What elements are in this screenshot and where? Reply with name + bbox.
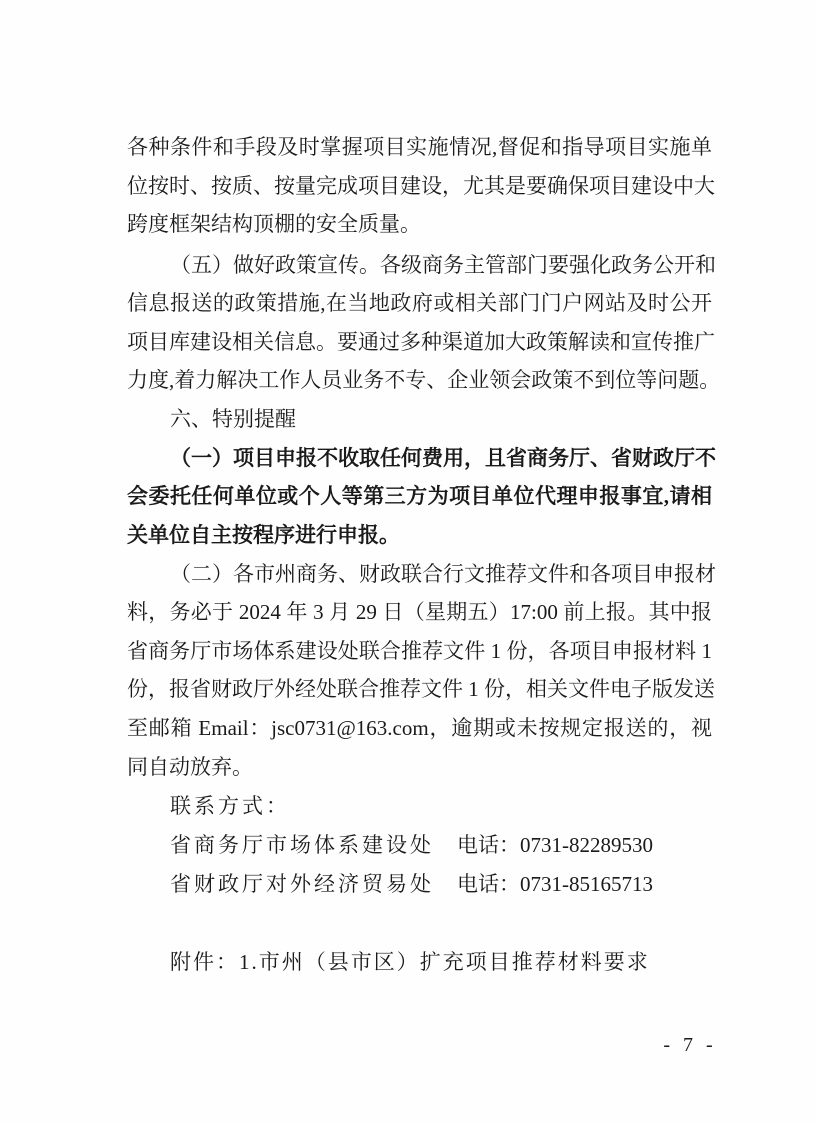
annex-line: 附件：1.市州（县市区）扩充项目推荐材料要求 [170,946,650,978]
paragraph-line: 跨度框架结构顶棚的安全质量。 [127,208,712,240]
contact-phone: 电话：0731-82289530 [457,829,653,861]
reminder-1-line: 关单位自主按程序进行申报。 [127,519,712,551]
document-page: 各种条件和手段及时掌握项目实施情况,督促和指导项目实施单 位按时、按质、按量完成… [0,0,816,1122]
contact-row: 省商务厅市场体系建设处 电话：0731-82289530 [170,829,710,861]
contact-phone: 电话：0731-85165713 [457,868,653,900]
reminder-1-line: 会委托任何单位或个人等第三方为项目单位代理申报事宜,请相 [127,480,712,512]
reminder-2-line: 份，报省财政厅外经处联合推荐文件 1 份，相关文件电子版发送 [127,673,712,705]
section-5-line: （五）做好政策宣传。各级商务主管部门要强化政务公开和 [170,249,712,281]
section-5-line: 信息报送的政策措施,在当地政府或相关部门门户网站及时公开 [127,287,712,319]
reminder-2-line: 至邮箱 Email：jsc0731@163.com，逾期或未按规定报送的，视 [127,712,712,744]
reminder-2-line: 同自动放弃。 [127,751,712,783]
page-number: - 7 - [660,1030,720,1060]
contact-org: 省财政厅对外经济贸易处 [170,868,434,900]
section-5-line: 力度,着力解决工作人员业务不专、企业领会政策不到位等问题。 [127,364,712,396]
contact-org: 省商务厅市场体系建设处 [170,829,434,861]
reminder-2-line: （二）各市州商务、财政联合行文推荐文件和各项目申报材 [170,558,712,590]
paragraph-line: 各种条件和手段及时掌握项目实施情况,督促和指导项目实施单 [127,131,712,163]
paragraph-line: 位按时、按质、按量完成项目建设，尤其是要确保项目建设中大 [127,170,712,202]
reminder-2-line: 省商务厅市场体系建设处联合推荐文件 1 份，各项目申报材料 1 [127,635,712,667]
reminder-2-line: 料，务必于 2024 年 3 月 29 日（星期五）17:00 前上报。其中报 [127,596,712,628]
contact-label-text: 联系方式： [170,790,290,822]
reminder-1-line: （一）项目申报不收取任何费用，且省商务厅、省财政厅不 [170,442,712,474]
contact-label: 联系方式： [170,790,710,822]
section-5-line: 项目库建设相关信息。要通过多种渠道加大政策解读和宣传推广 [127,326,712,358]
section-heading: 六、特别提醒 [170,403,712,435]
contact-row: 省财政厅对外经济贸易处 电话：0731-85165713 [170,868,710,900]
